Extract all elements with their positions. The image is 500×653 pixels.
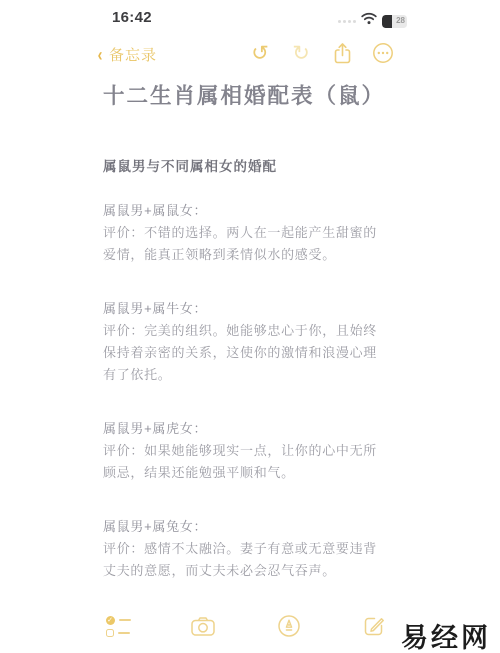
pair-comment: 评价：如果她能够现实一点，让你的心中无所顾忌，结果还能勉强平顺和气。 <box>103 440 387 484</box>
checklist-button[interactable]: ✓ <box>104 612 132 640</box>
pair-comment: 评价：感情不太融洽。妻子有意或无意要违背丈夫的意愿，而丈夫未必会忍气吞声。 <box>103 538 387 582</box>
more-button[interactable] <box>371 41 395 65</box>
more-icon <box>372 42 394 64</box>
site-watermark: 易经网 <box>401 616 491 653</box>
battery-fill <box>382 15 392 28</box>
battery-icon: 28 <box>382 15 407 28</box>
pair-heading: 属鼠男+属兔女： <box>103 516 387 538</box>
redo-icon: ↻ <box>292 43 310 64</box>
status-time: 16:42 <box>112 9 152 26</box>
pair-heading: 属鼠男+属牛女： <box>103 298 387 320</box>
nav-actions: ↺ ↻ <box>248 41 395 65</box>
match-section-rat: 属鼠男+属鼠女： 评价：不错的选择。两人在一起能产生甜蜜的爱情，能真正领略到柔情… <box>103 200 387 266</box>
pair-comment: 评价：不错的选择。两人在一起能产生甜蜜的爱情，能真正领略到柔情似水的感受。 <box>103 222 387 266</box>
undo-button[interactable]: ↺ <box>248 41 272 65</box>
note-subtitle: 属鼠男与不同属相女的婚配 <box>103 156 387 178</box>
back-button[interactable]: ‹ 备忘录 <box>97 44 157 65</box>
match-section-tiger: 属鼠男+属虎女： 评价：如果她能够现实一点，让你的心中无所顾忌，结果还能勉强平顺… <box>103 418 387 484</box>
match-section-rabbit: 属鼠男+属兔女： 评价：感情不太融洽。妻子有意或无意要违背丈夫的意愿，而丈夫未必… <box>103 516 387 582</box>
check-dot: ✓ <box>106 616 115 625</box>
markup-button[interactable] <box>275 612 303 640</box>
checklist-icon: ✓ <box>106 616 131 637</box>
notes-toolbar: ✓ <box>104 612 388 640</box>
compose-button[interactable] <box>360 612 388 640</box>
pair-heading: 属鼠男+属虎女： <box>103 418 387 440</box>
camera-icon <box>190 615 216 637</box>
undo-icon: ↺ <box>251 43 269 64</box>
back-chevron-icon: ‹ <box>98 46 103 64</box>
camera-button[interactable] <box>189 612 217 640</box>
note-title: 十二生肖属相婚配表（鼠） <box>103 82 387 110</box>
status-indicators: 28 <box>338 12 407 30</box>
back-label: 备忘录 <box>109 44 157 65</box>
note-content[interactable]: 十二生肖属相婚配表（鼠） 属鼠男与不同属相女的婚配 属鼠男+属鼠女： 评价：不错… <box>103 82 387 582</box>
notes-app-screen: 16:42 28 ‹ 备忘录 ↺ ↻ <box>0 0 500 653</box>
pair-heading: 属鼠男+属鼠女： <box>103 200 387 222</box>
share-button[interactable] <box>330 41 354 65</box>
redo-button[interactable]: ↻ <box>289 41 313 65</box>
battery-percent: 28 <box>396 16 405 25</box>
match-section-ox: 属鼠男+属牛女： 评价：完美的组织。她能够忠心于你，且始终保持着亲密的关系，这使… <box>103 298 387 386</box>
markup-icon <box>277 614 301 638</box>
compose-icon <box>362 614 386 638</box>
cellular-signal-icon <box>338 20 356 23</box>
share-icon <box>332 42 353 65</box>
pair-comment: 评价：完美的组织。她能够忠心于你，且始终保持着亲密的关系，这使你的激情和浪漫心理… <box>103 320 387 386</box>
wifi-icon <box>361 12 377 30</box>
